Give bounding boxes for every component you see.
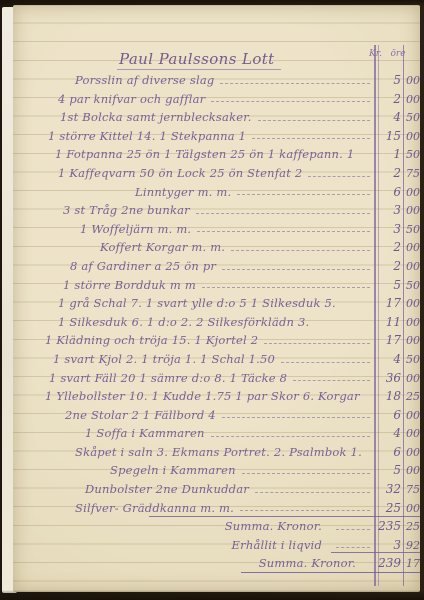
item-text: 1 svart Kjol 2. 1 tröja 1. 1 Schal 1.50	[53, 350, 275, 369]
item-text: Silfver- Gräddkanna m. m.	[75, 499, 234, 518]
ledger-rows: Porsslin af diverse slag5004 par knifvar…	[13, 71, 420, 573]
item-text: Spegeln i Kammaren	[110, 461, 236, 480]
amount-kronor: 5	[375, 276, 404, 295]
amount-ore: 75	[404, 481, 420, 500]
leader-line	[252, 138, 370, 139]
ledger-row: Silfver- Gräddkanna m. m.2500	[13, 499, 420, 518]
item-text: 1st Bolcka samt jernblecksaker.	[60, 108, 252, 127]
amount-ore: 75	[404, 165, 420, 184]
amount-kronor: 4	[375, 350, 404, 369]
amount-kronor: 1	[375, 145, 404, 164]
amount-kronor: 18	[375, 387, 404, 406]
amount-column-rule-double	[378, 45, 379, 586]
total-kronor: 3	[375, 536, 404, 555]
amount-kronor: 2	[375, 238, 404, 257]
amount-kronor: 11	[375, 313, 404, 332]
leader-line	[258, 120, 370, 121]
amount-column-rule	[374, 45, 376, 586]
leader-line	[240, 510, 370, 511]
amount-ore: 50	[404, 277, 420, 296]
amount-kronor: 3	[375, 201, 404, 220]
amount-kronor: 36	[375, 369, 404, 388]
item-text: 8 af Gardiner a 25 ön pr	[70, 257, 216, 276]
total-ore: 92	[404, 537, 420, 556]
amount-ore: 00	[404, 128, 420, 147]
amount-ore: 50	[404, 351, 420, 370]
ledger-row: 1 Klädning och tröja 15. 1 Kjortel 21700	[13, 331, 420, 350]
amount-ore: 00	[404, 462, 420, 481]
amount-ore: 00	[404, 239, 420, 258]
amount-kronor: 2	[375, 257, 404, 276]
leader-line	[336, 529, 370, 530]
leader-line	[202, 287, 370, 288]
ledger-row: Spegeln i Kammaren500	[13, 461, 420, 480]
amount-kronor: 17	[375, 331, 404, 350]
leader-line	[220, 83, 370, 84]
ledger-row: Porsslin af diverse slag500	[13, 71, 420, 90]
item-text: 1 grå Schal 7. 1 svart ylle d:o 5 1 Silk…	[58, 294, 336, 313]
header-spacer	[13, 49, 361, 59]
amount-ore: 00	[404, 370, 420, 389]
leader-line	[237, 194, 370, 195]
item-text: 1 svart Fäll 20 1 sämre d:o 8. 1 Täcke 8	[49, 369, 287, 388]
amount-ore: 00	[404, 407, 420, 426]
amount-kronor: 15	[375, 127, 404, 146]
item-text: 4 par knifvar och gafflar	[58, 90, 205, 109]
ledger-row: Linntyger m. m.600	[13, 183, 420, 202]
amount-kronor: 3	[375, 220, 404, 239]
ledger-row: 1 Fotpanna 25 ön 1 Tälgsten 25 ön 1 kaff…	[13, 145, 420, 164]
item-text: 1 Woffeljärn m. m.	[80, 220, 191, 239]
leader-line	[196, 213, 370, 214]
total-label: Summa. Kronor.	[13, 517, 330, 536]
item-text: 1 Silkesduk 6. 1 d:o 2. 2 Silkesförklädn…	[58, 313, 309, 332]
amount-ore: 00	[404, 91, 420, 110]
amount-kronor: 25	[375, 499, 404, 518]
ledger-row: Skåpet i saln 3. Ekmans Portret. 2. Psal…	[13, 443, 420, 462]
item-text: 1 Fotpanna 25 ön 1 Tälgsten 25 ön 1 kaff…	[55, 145, 354, 164]
ledger-row: 1 Yllebollster 10. 1 Kudde 1.75 1 par Sk…	[13, 387, 420, 406]
total-kronor: 239	[375, 554, 404, 573]
item-text: 1 Soffa i Kammaren	[85, 424, 205, 443]
amount-kronor: 2	[375, 164, 404, 183]
ledger-row: 1 svart Fäll 20 1 sämre d:o 8. 1 Täcke 8…	[13, 369, 420, 388]
leader-line	[281, 362, 370, 363]
item-text: Skåpet i saln 3. Ekmans Portret. 2. Psal…	[75, 443, 362, 462]
ledger-row: Dunbolster 2ne Dunkuddar3275	[13, 480, 420, 499]
amount-kronor: 6	[375, 183, 404, 202]
total-row: Summa. Kronor.23525	[13, 517, 420, 536]
scanned-ledger-photo: Paul Paulssons Lott Kr. öre Porsslin af …	[0, 0, 424, 600]
amount-ore: 00	[404, 332, 420, 351]
amount-kronor: 2	[375, 90, 404, 109]
amount-kronor: 17	[375, 294, 404, 313]
total-row: Summa. Kronor.23917	[13, 554, 420, 573]
ledger-paper: Paul Paulssons Lott Kr. öre Porsslin af …	[13, 5, 420, 592]
amount-ore: 50	[404, 146, 420, 165]
total-label: Erhållit i liqvid	[13, 536, 330, 555]
total-ore: 25	[404, 518, 420, 537]
amount-ore: 00	[404, 314, 420, 333]
amount-kronor: 5	[375, 461, 404, 480]
amount-kronor: 5	[375, 71, 404, 90]
ledger-row: 1 Soffa i Kammaren400	[13, 424, 420, 443]
amount-ore: 50	[404, 221, 420, 240]
ledger-row: 4 par knifvar och gafflar200	[13, 90, 420, 109]
item-text: Linntyger m. m.	[135, 183, 231, 202]
ledger-row: 1 större Kittel 14. 1 Stekpanna 11500	[13, 127, 420, 146]
ledger-row: 3 st Tråg 2ne bunkar300	[13, 201, 420, 220]
ledger-row: 1 Kaffeqvarn 50 ön Lock 25 ön Stenfat 22…	[13, 164, 420, 183]
amount-kronor: 4	[375, 424, 404, 443]
leader-line	[211, 101, 370, 102]
ledger-row: 1st Bolcka samt jernblecksaker.450	[13, 108, 420, 127]
amount-column-header: Kr. öre	[13, 49, 420, 59]
amount-ore: 25	[404, 388, 420, 407]
leader-line	[255, 492, 370, 493]
ledger-row: 1 Silkesduk 6. 1 d:o 2. 2 Silkesförklädn…	[13, 313, 420, 332]
item-text: 3 st Tråg 2ne bunkar	[63, 201, 190, 220]
item-text: Porsslin af diverse slag	[75, 71, 214, 90]
leader-line	[231, 250, 370, 251]
total-kronor: 235	[375, 517, 404, 536]
leader-line	[242, 473, 370, 474]
leader-line	[293, 380, 370, 381]
ledger-row: 1 större Bordduk m m550	[13, 276, 420, 295]
ore-column-rule	[403, 45, 404, 586]
ledger-row: Koffert Korgar m. m.200	[13, 238, 420, 257]
ledger-row: 1 svart Kjol 2. 1 tröja 1. 1 Schal 1.504…	[13, 350, 420, 369]
ledger-row: 1 grå Schal 7. 1 svart ylle d:o 5 1 Silk…	[13, 294, 420, 313]
photo-top-shade	[0, 0, 424, 6]
item-text: 1 större Kittel 14. 1 Stekpanna 1	[48, 127, 246, 146]
amount-ore: 00	[404, 444, 420, 463]
amount-ore: 00	[404, 425, 420, 444]
leader-line	[222, 417, 370, 418]
leader-line	[336, 547, 370, 548]
amount-kronor: 4	[375, 108, 404, 127]
amount-kronor: 6	[375, 406, 404, 425]
item-text: 1 större Bordduk m m	[63, 276, 196, 295]
item-text: 1 Klädning och tröja 15. 1 Kjortel 2	[45, 331, 258, 350]
item-text: Dunbolster 2ne Dunkuddar	[85, 480, 249, 499]
amount-ore: 00	[404, 202, 420, 221]
amount-ore: 00	[404, 258, 420, 277]
leader-line	[222, 269, 370, 270]
amount-ore: 00	[404, 184, 420, 203]
amount-kronor: 6	[375, 443, 404, 462]
amount-kronor: 32	[375, 480, 404, 499]
item-text: 1 Kaffeqvarn 50 ön Lock 25 ön Stenfat 2	[58, 164, 302, 183]
leader-line	[211, 436, 370, 437]
item-text: 1 Yllebollster 10. 1 Kudde 1.75 1 par Sk…	[45, 387, 360, 406]
item-text: Koffert Korgar m. m.	[100, 238, 225, 257]
ledger-row: 8 af Gardiner a 25 ön pr200	[13, 257, 420, 276]
leader-line	[197, 231, 370, 232]
total-label: Summa. Kronor.	[13, 554, 364, 573]
ledger-row: 2ne Stolar 2 1 Fällbord 4600	[13, 406, 420, 425]
leader-line	[308, 176, 370, 177]
total-ore: 17	[404, 555, 420, 574]
item-text: 2ne Stolar 2 1 Fällbord 4	[65, 406, 216, 425]
amount-ore: 50	[404, 109, 420, 128]
amount-ore: 00	[404, 295, 420, 314]
ledger-row: 1 Woffeljärn m. m.350	[13, 220, 420, 239]
leader-line	[264, 343, 370, 344]
photo-bottom-shade	[0, 590, 424, 600]
amount-ore: 00	[404, 72, 420, 91]
total-row: Erhållit i liqvid392	[13, 536, 420, 555]
